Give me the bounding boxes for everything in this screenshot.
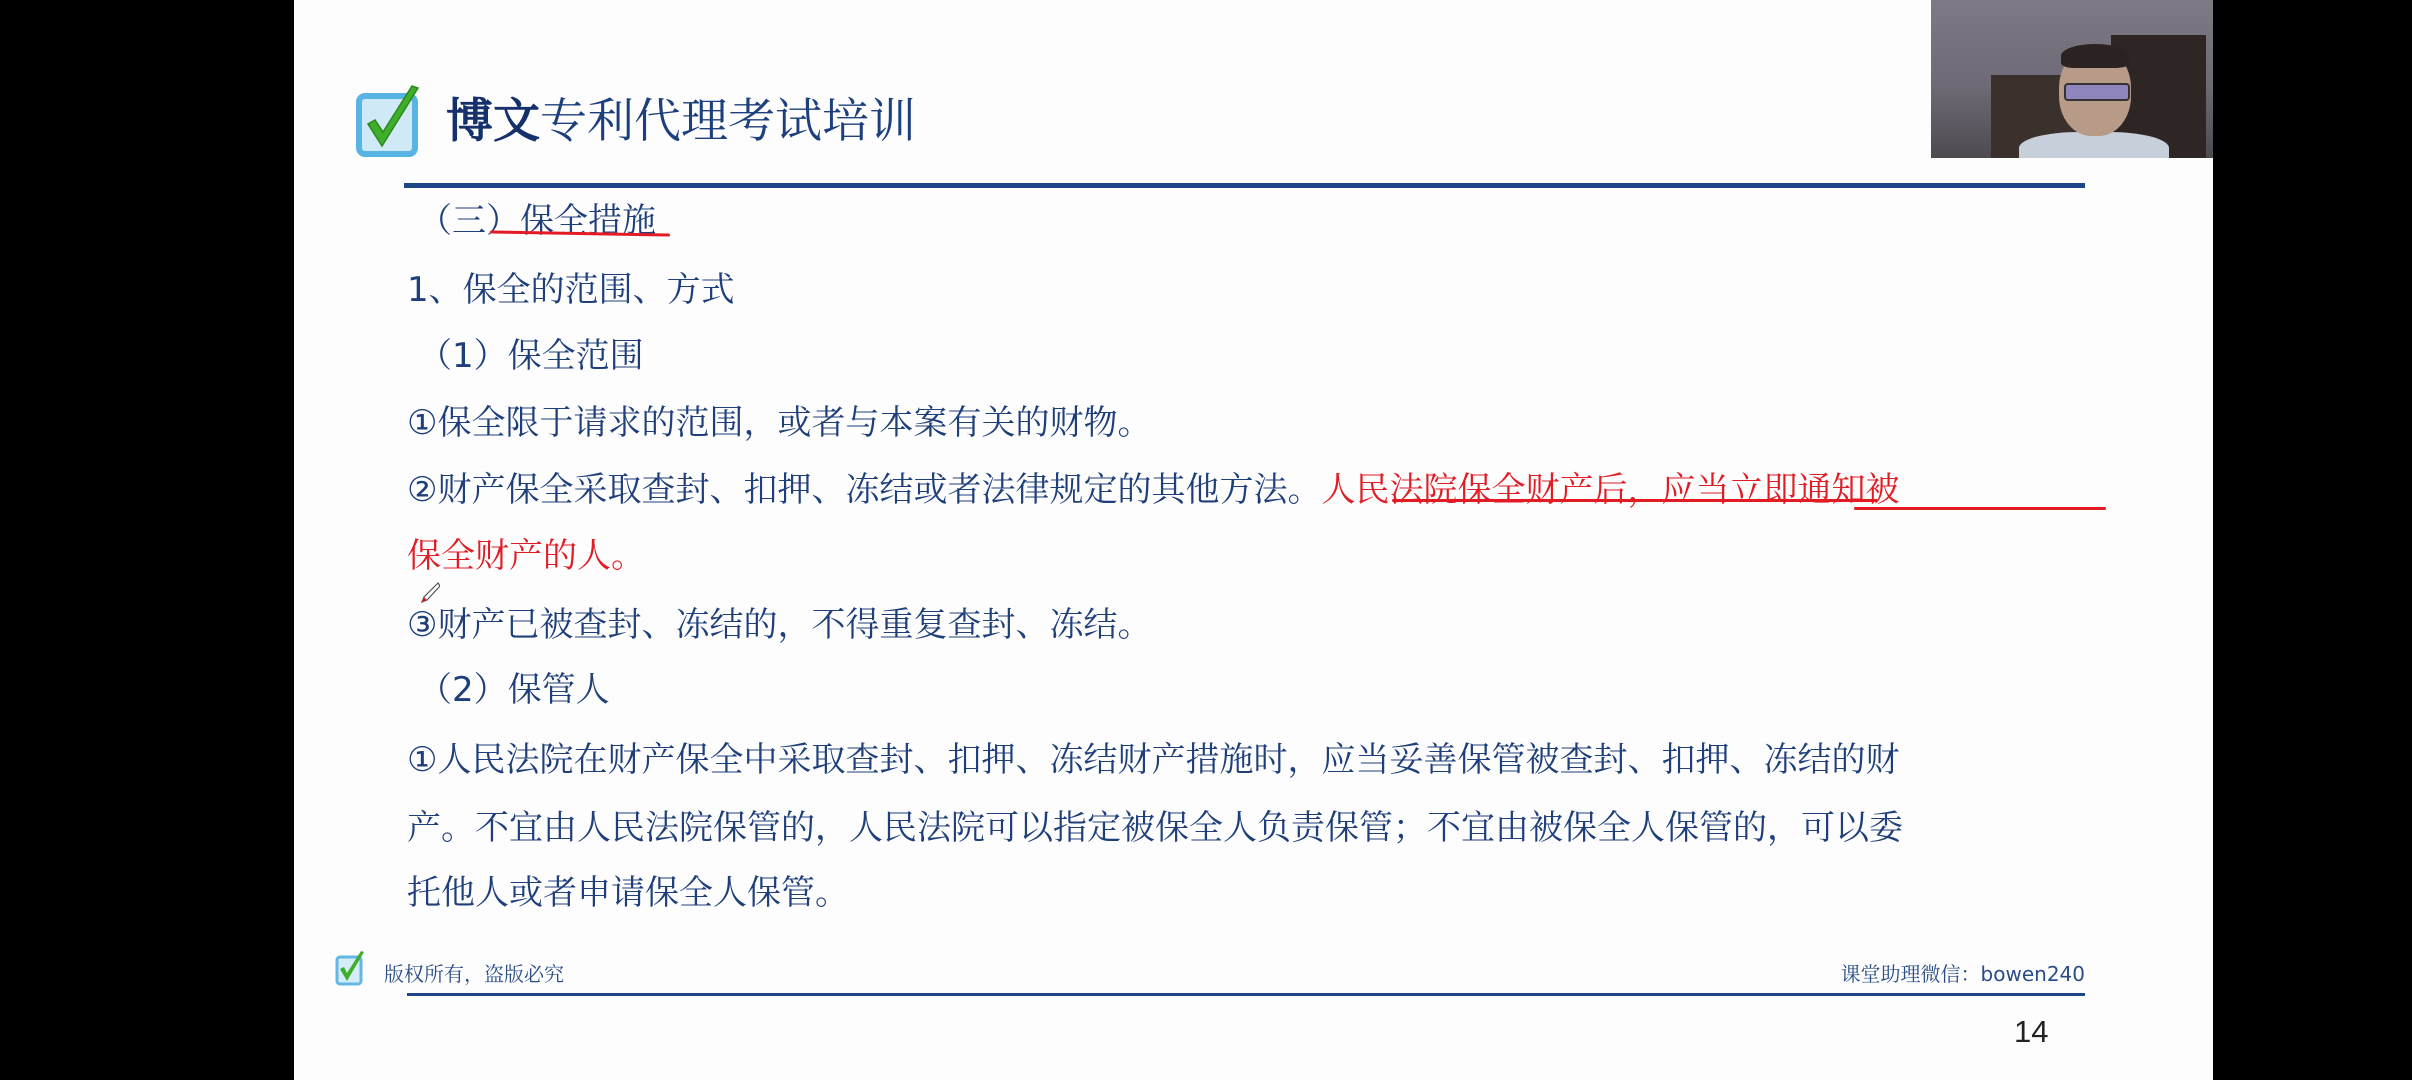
- line-3: ①保全限于请求的范围，或者与本案有关的财物。: [407, 401, 1151, 445]
- line-9: 产。不宜由人民法院保管的，人民法院可以指定被保全人负责保管；不宜由被保全人保管的…: [407, 806, 1903, 850]
- header-divider: [404, 183, 2085, 188]
- red-strike-annotation: [1392, 499, 1878, 502]
- section-title: （三）保全措施: [418, 199, 656, 243]
- line-7: （2）保管人: [418, 668, 610, 712]
- line-1: 1、保全的范围、方式: [407, 268, 735, 312]
- line-4-red-text: 人民法院保全财产后，应当立即通知被: [1321, 470, 1899, 510]
- assistant-wechat-text: 课堂助理微信：bowen240: [1841, 958, 2085, 987]
- line-5: 保全财产的人。: [407, 534, 645, 578]
- copyright-text: 版权所有，盗版必究: [384, 958, 564, 987]
- footer-divider: [407, 993, 2085, 996]
- presenter-webcam-video: [1931, 0, 2213, 158]
- brand-title-rest: 专利代理考试培训: [540, 94, 916, 149]
- red-pen-cursor-icon: [418, 582, 440, 604]
- footer-checkmark-icon: [335, 950, 365, 986]
- presenter-hair: [2061, 44, 2129, 68]
- line-4-text: ②财产保全采取查封、扣押、冻结或者法律规定的其他方法。: [407, 470, 1321, 510]
- brand-title: 博文专利代理考试培训: [446, 90, 916, 154]
- line-8: ①人民法院在财产保全中采取查封、扣押、冻结财产措施时，应当妥善保管被查封、扣押、…: [407, 738, 1899, 782]
- presenter-glasses: [2064, 83, 2130, 101]
- line-6: ③财产已被查封、冻结的，不得重复查封、冻结。: [407, 603, 1151, 647]
- red-underline-annotation-2: [1854, 507, 2106, 510]
- line-10: 托他人或者申请保全人保管。: [407, 871, 849, 915]
- brand-title-bold: 博文: [446, 94, 540, 149]
- checkmark-logo-icon: [356, 84, 422, 158]
- line-4: ②财产保全采取查封、扣押、冻结或者法律规定的其他方法。人民法院保全财产后，应当立…: [407, 468, 1899, 512]
- line-2: （1）保全范围: [418, 334, 644, 378]
- presentation-slide: 博文专利代理考试培训 （三）保全措施 1、保全的范围、方式 （1）保全范围 ①保…: [294, 0, 2213, 1080]
- page-number: 14: [2014, 1014, 2048, 1050]
